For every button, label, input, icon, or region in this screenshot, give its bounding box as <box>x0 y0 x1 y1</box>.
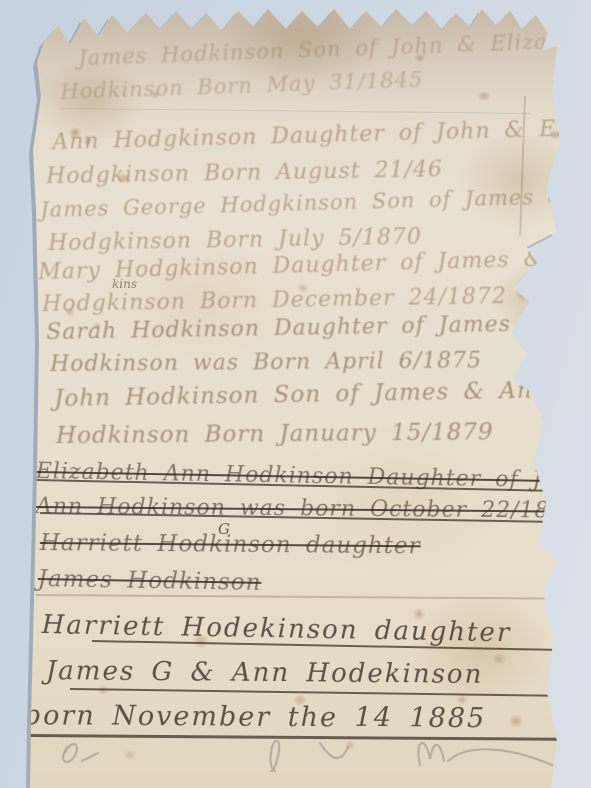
fold-crease-top <box>60 108 530 114</box>
inserted-word: kins <box>112 277 137 291</box>
record-line-10: Hodkinson was Born April 6/1875 <box>50 348 482 377</box>
inserted-letter: G <box>218 520 230 538</box>
record-line-16-struck: James Hodkinson <box>38 566 262 596</box>
photo-of-document: James Hodkinson Son of John & Eliza Hodk… <box>0 0 591 788</box>
record-line-3: Ann Hodgkinson Daughter of John & Eliza <box>52 116 591 155</box>
record-line-12: Hodkinson Born January 15/1879 <box>56 419 494 449</box>
record-line-1: James Hodkinson Son of John & Eliza <box>78 30 548 70</box>
tear-crease-middle <box>36 594 556 600</box>
ink-rule-under-line-18 <box>70 688 560 697</box>
record-line-4: Hodgkinson Born August 21/46 <box>46 157 443 189</box>
record-line-19: born November the 14 1885 <box>24 700 487 734</box>
record-line-15-struck: Harriett Hodkinson daughter <box>40 530 421 559</box>
record-line-17: Harriett Hodekinson daughter <box>41 610 511 648</box>
paper-sheet: James Hodkinson Son of John & Eliza Hodk… <box>0 0 591 788</box>
record-line-18: James G & Ann Hodekinson <box>46 656 484 690</box>
pencil-scribble <box>20 733 580 787</box>
record-line-11: John Hodkinson Son of James & Ann <box>54 377 549 412</box>
record-line-5: James George Hodgkinson Son of James & A… <box>40 183 591 222</box>
record-line-2: Hodkinson Born May 31/1845 <box>60 67 424 104</box>
